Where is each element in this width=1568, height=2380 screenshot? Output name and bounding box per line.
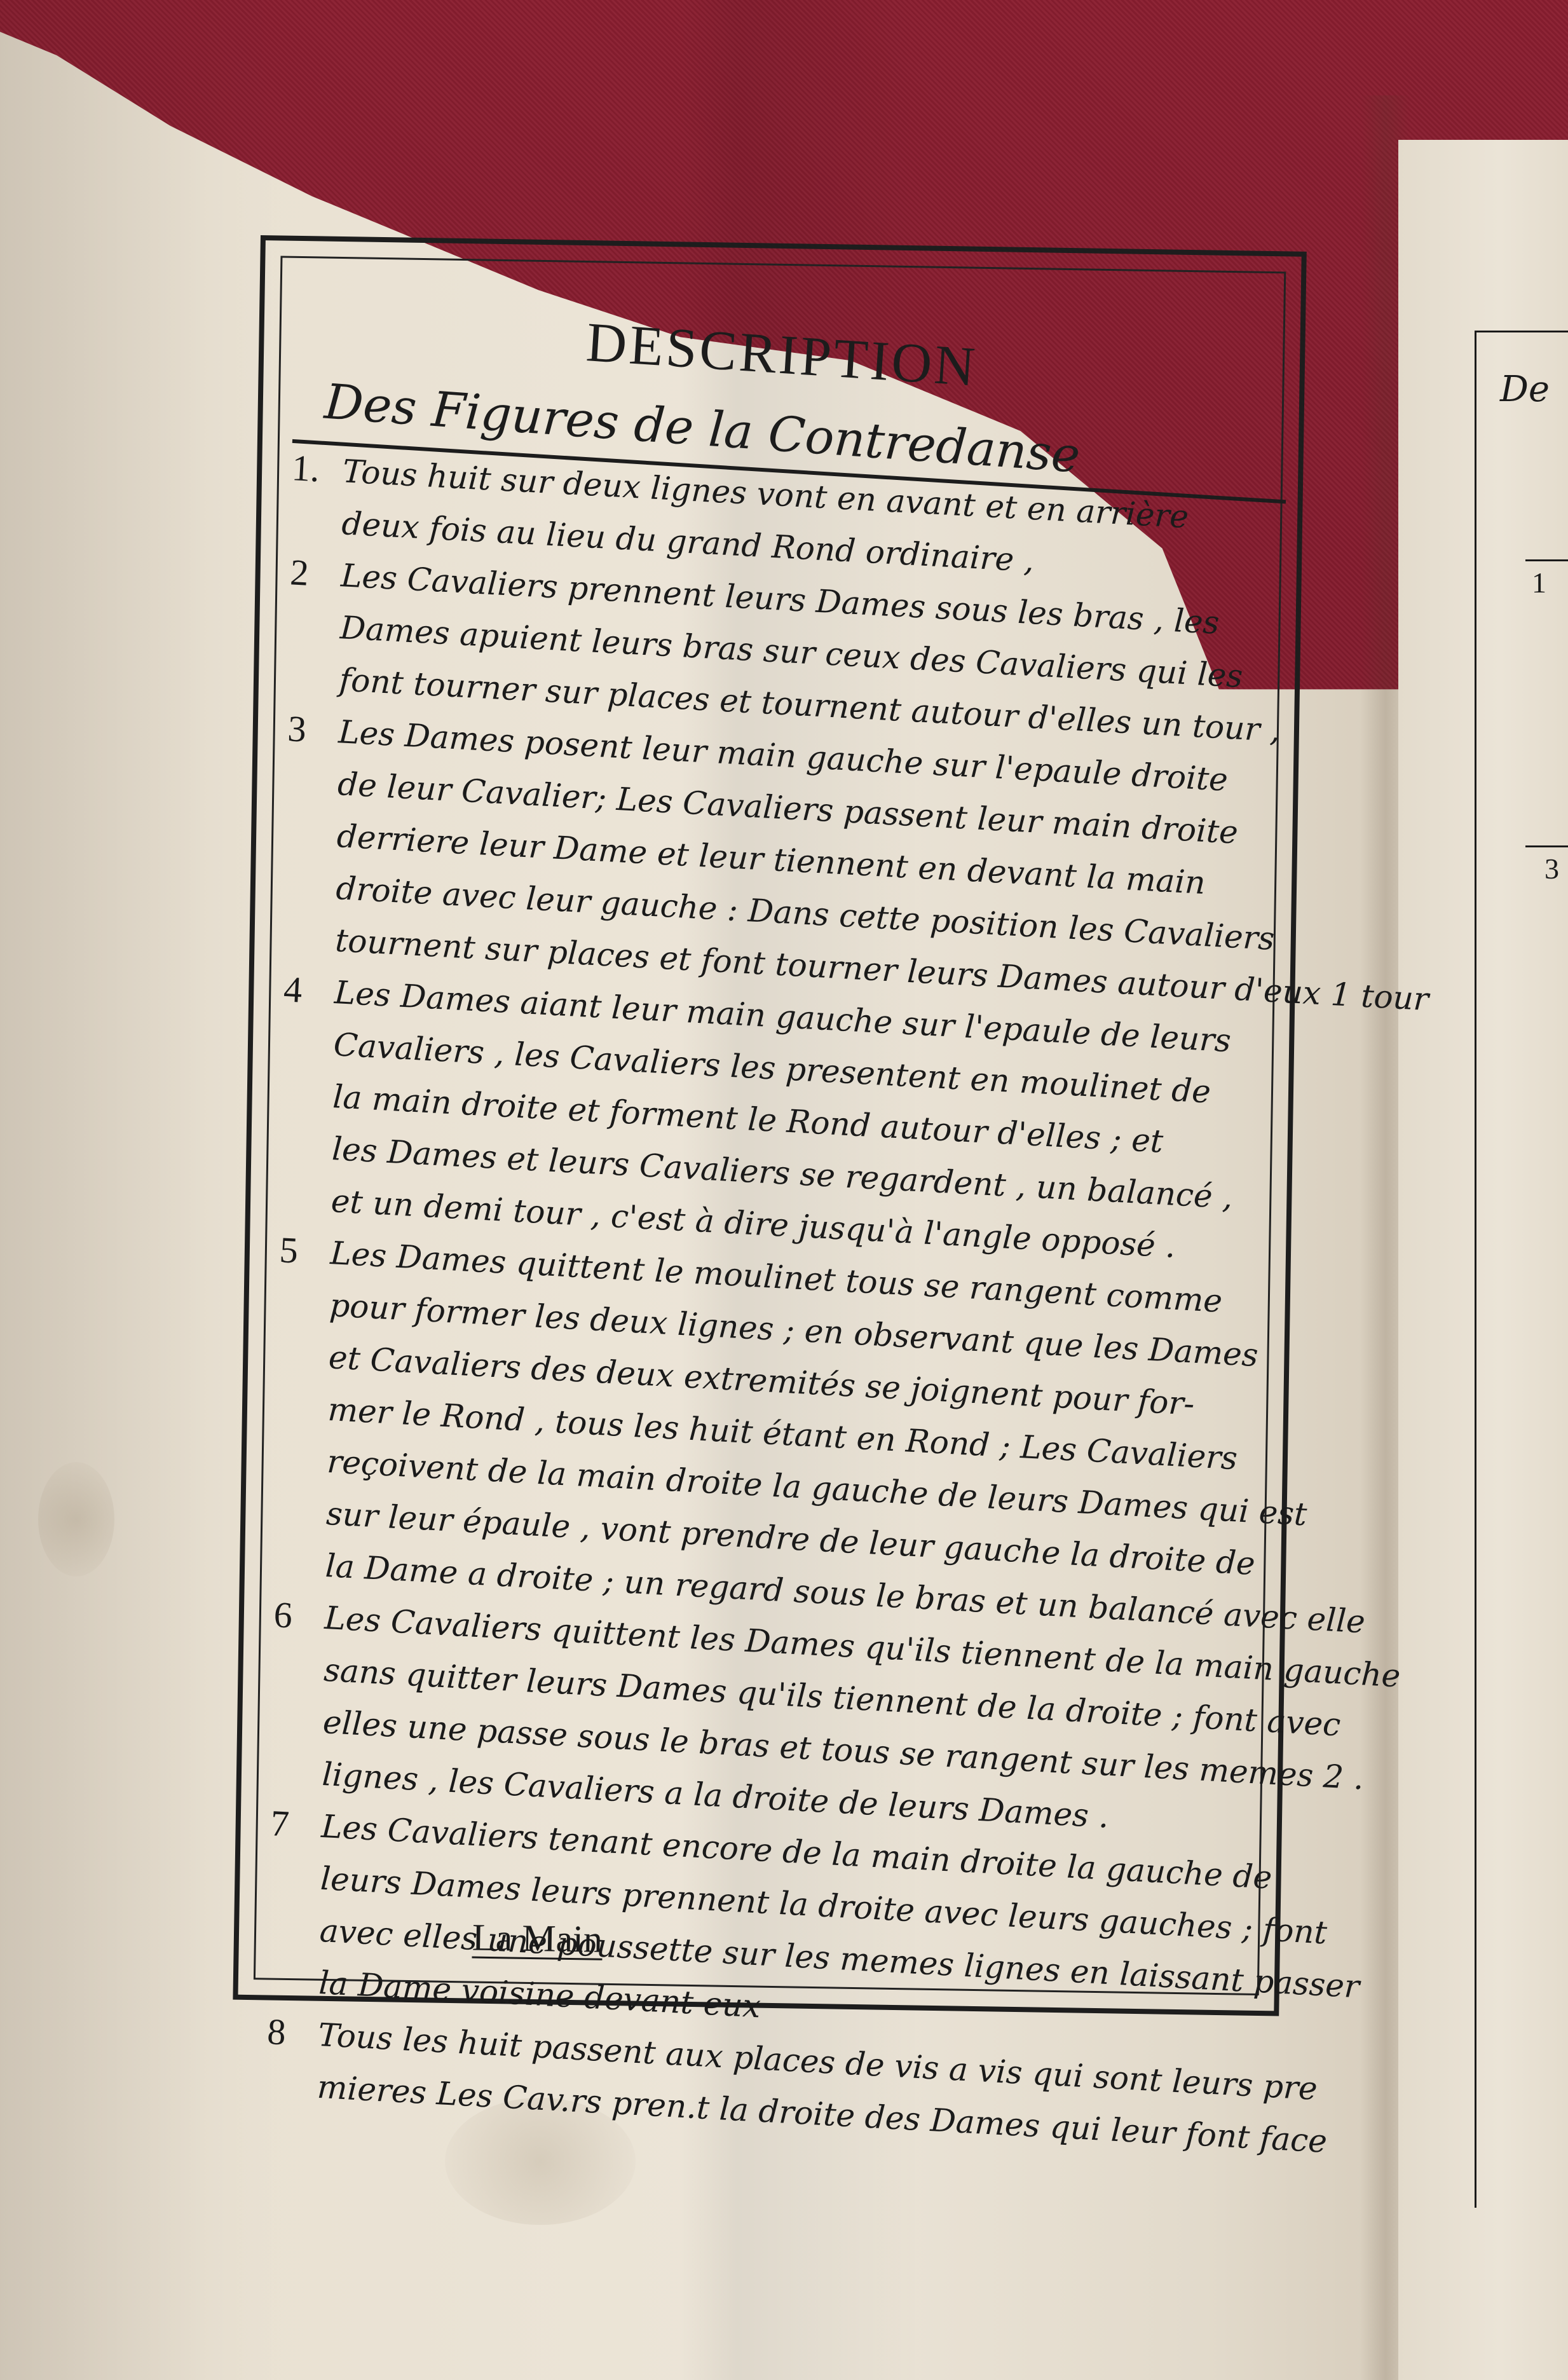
figure-entry-6: 6 Les Cavaliers quittent les Dames qu'il… [271,1589,1250,1813]
figure-entry-7: 7 Les Cavaliers tenant encore de la main… [268,1798,1247,2021]
figure-entry-3: 3 Les Dames posent leur main gauche sur … [284,703,1264,979]
right-page-row-number: 3 [1544,852,1559,886]
title-block: DESCRIPTION Des Figures de la Contredans… [280,277,1284,452]
figure-entry-5: 5 Les Dames quittent le moulinet tous se… [275,1224,1257,1604]
figure-entry-4: 4 Les Dames aiant leur main gauche sur l… [280,964,1260,1240]
paper-stain [38,1462,114,1576]
engraved-frame: DESCRIPTION Des Figures de la Contredans… [233,235,1306,2016]
right-page-rule [1525,845,1568,847]
figure-entry-8: 8 Tous les huit passent aux places de vi… [266,2006,1244,2126]
catchword: La Main [472,1918,603,1960]
right-page-rule [1525,559,1568,561]
figure-entry-2: 2 Les Cavaliers prennent leurs Dames sou… [288,547,1267,718]
right-page-title-fragment: De [1500,369,1550,410]
figure-entry-1: 1. Tous huit sur deux lignes vont en ava… [290,442,1268,562]
right-page-row-number: 1 [1532,566,1546,599]
right-page-frame [1475,331,1568,2208]
figure-descriptions: 1. Tous huit sur deux lignes vont en ava… [266,442,1269,2126]
engraved-inner-frame: DESCRIPTION Des Figures de la Contredans… [254,256,1286,1995]
